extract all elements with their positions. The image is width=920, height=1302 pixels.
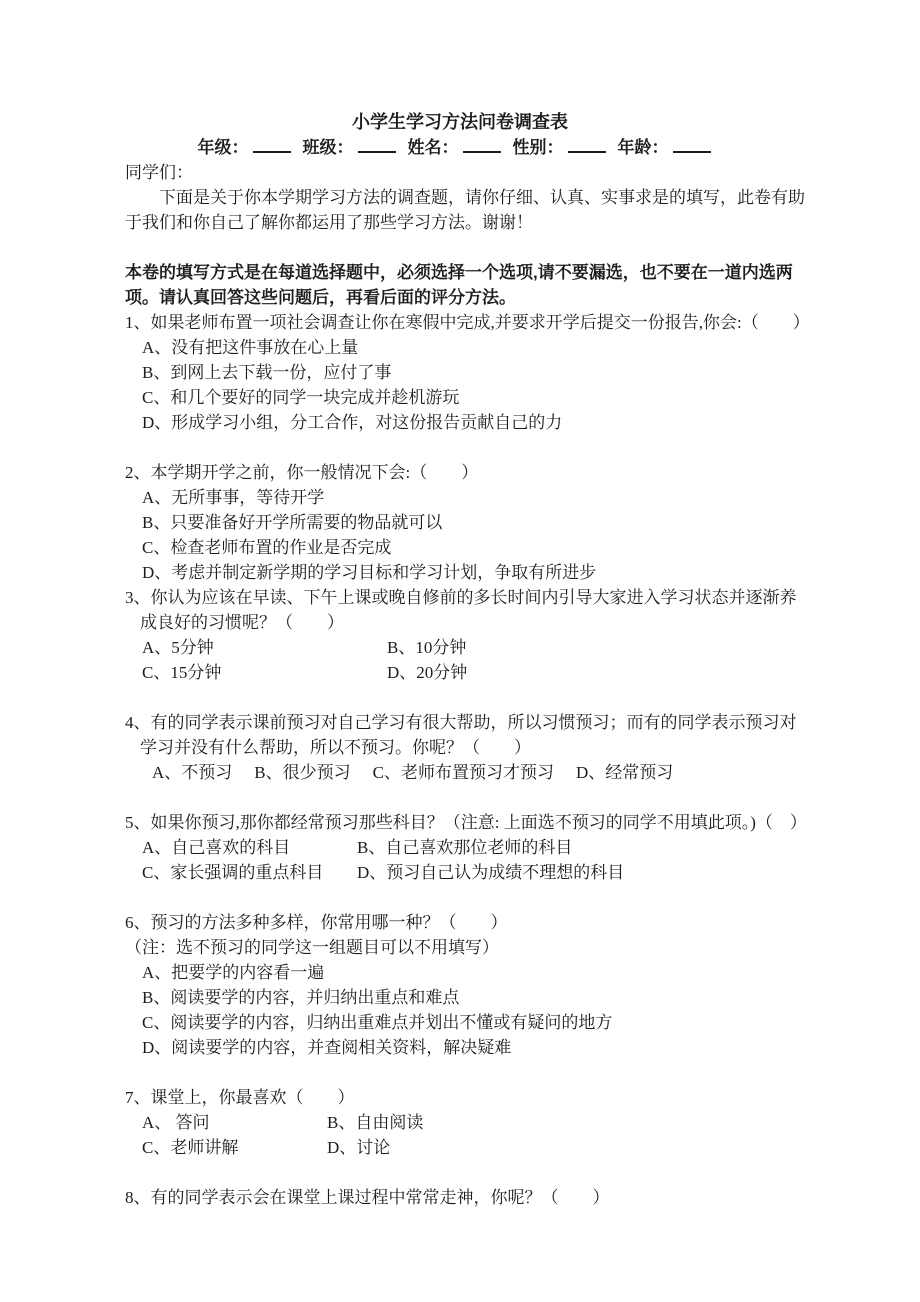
question-1-option-a: A、没有把这件事放在心上量: [142, 335, 878, 360]
question-6-text: 6、预习的方法多种多样，你常用哪一种？（ ）: [125, 910, 878, 935]
field-gender-blank: [568, 137, 606, 153]
question-2-option-d: D、考虑并制定新学期的学习目标和学习计划，争取有所进步: [142, 560, 878, 585]
question-2-text: 2、本学期开学之前，你一般情况下会:（ ）: [125, 460, 878, 485]
question-1-options: A、没有把这件事放在心上量 B、到网上去下载一份，应付了事 C、和几个要好的同学…: [125, 335, 878, 435]
question-6-option-d: D、阅读要学的内容，并查阅相关资料，解决疑难: [142, 1035, 878, 1060]
question-5-options: A、自己喜欢的科目 B、自己喜欢那位老师的科目 C、家长强调的重点科目 D、预习…: [125, 835, 878, 885]
question-3-option-b: B、10分钟: [387, 635, 878, 660]
question-5-option-d: D、预习自己认为成绩不理想的科目: [357, 860, 878, 885]
question-2-option-b: B、只要准备好开学所需要的物品就可以: [142, 510, 878, 535]
document-page: 小学生学习方法问卷调查表 年级：班级：姓名：性别：年龄： 同学们： 下面是关于你…: [0, 0, 920, 1302]
field-name: 姓名：: [408, 138, 507, 157]
field-name-label: 姓名：: [408, 138, 459, 157]
blank-line: [125, 885, 878, 910]
question-1-option-c: C、和几个要好的同学一块完成并趁机游玩: [142, 385, 878, 410]
question-5: 5、如果你预习,那你都经常预习那些科目？（注意: 上面选不预习的同学不用填此项。…: [125, 810, 878, 885]
intro-paragraph: 下面是关于你本学期学习方法的调查题，请你仔细、认真、实事求是的填写，此卷有助 于…: [125, 185, 878, 235]
field-age-blank: [673, 137, 711, 153]
field-grade: 年级：: [198, 138, 297, 157]
question-5-option-b: B、自己喜欢那位老师的科目: [357, 835, 878, 860]
question-7-option-c: C、老师讲解: [142, 1135, 327, 1160]
document-title: 小学生学习方法问卷调查表: [125, 110, 795, 135]
question-6-option-c: C、阅读要学的内容，归纳出重难点并划出不懂或有疑问的地方: [142, 1010, 878, 1035]
question-1-option-d: D、形成学习小组，分工合作，对这份报告贡献自己的力: [142, 410, 878, 435]
question-3-text: 3、你认为应该在早读、下午上课或晚自修前的多长时间内引导大家进入学习状态并逐渐养…: [125, 585, 878, 635]
question-7-options: A、 答问 B、自由阅读 C、老师讲解 D、讨论: [125, 1110, 878, 1160]
question-4-option-d: D、经常预习: [576, 760, 673, 785]
document-header: 小学生学习方法问卷调查表 年级：班级：姓名：性别：年龄：: [125, 110, 795, 160]
question-1-text: 1、如果老师布置一项社会调查让你在寒假中完成,并要求开学后提交一份报告,你会:（…: [125, 310, 878, 335]
question-2: 2、本学期开学之前，你一般情况下会:（ ） A、无所事事，等待开学 B、只要准备…: [125, 460, 878, 585]
field-age: 年龄：: [618, 138, 717, 157]
question-6-option-a: A、把要学的内容看一遍: [142, 960, 878, 985]
question-6: 6、预习的方法多种多样，你常用哪一种？（ ） （注：选不预习的同学这一组题目可以…: [125, 910, 878, 1060]
question-5-option-a: A、自己喜欢的科目: [142, 835, 357, 860]
question-5-option-c: C、家长强调的重点科目: [142, 860, 357, 885]
salutation: 同学们：: [125, 160, 878, 185]
field-gender: 性别：: [513, 138, 612, 157]
question-3: 3、你认为应该在早读、下午上课或晚自修前的多长时间内引导大家进入学习状态并逐渐养…: [125, 585, 878, 685]
field-class: 班级：: [303, 138, 402, 157]
question-8: 8、有的同学表示会在课堂上课过程中常常走神，你呢？（ ）: [125, 1185, 878, 1210]
field-age-label: 年龄：: [618, 138, 669, 157]
question-1: 1、如果老师布置一项社会调查让你在寒假中完成,并要求开学后提交一份报告,你会:（…: [125, 310, 878, 435]
field-name-blank: [463, 137, 501, 153]
instructions-paragraph: 本卷的填写方式是在每道选择题中，必须选择一个选项,请不要漏选，也不要在一道内选两…: [125, 260, 878, 310]
question-7-option-b: B、自由阅读: [327, 1110, 878, 1135]
question-6-note: （注：选不预习的同学这一组题目可以不用填写）: [125, 935, 878, 960]
field-grade-label: 年级：: [198, 138, 249, 157]
question-4-option-a: A、不预习: [152, 760, 232, 785]
question-2-option-c: C、检查老师布置的作业是否完成: [142, 535, 878, 560]
question-2-options: A、无所事事，等待开学 B、只要准备好开学所需要的物品就可以 C、检查老师布置的…: [125, 485, 878, 585]
blank-line: [125, 785, 878, 810]
question-3-option-a: A、5分钟: [142, 635, 387, 660]
question-7-option-d: D、讨论: [327, 1135, 878, 1160]
header-fields-line: 年级：班级：姓名：性别：年龄：: [125, 135, 795, 160]
question-3-options: A、5分钟 B、10分钟 C、15分钟 D、20分钟: [125, 635, 878, 685]
field-grade-blank: [253, 137, 291, 153]
field-class-blank: [358, 137, 396, 153]
blank-line: [125, 685, 878, 710]
question-7: 7、课堂上，你最喜欢（ ） A、 答问 B、自由阅读 C、老师讲解 D、讨论: [125, 1085, 878, 1160]
question-3-option-d: D、20分钟: [387, 660, 878, 685]
question-7-option-a: A、 答问: [142, 1110, 327, 1135]
question-4-text: 4、有的同学表示课前预习对自己学习有很大帮助，所以习惯预习；而有的同学表示预习对…: [125, 710, 878, 760]
blank-line: [125, 235, 878, 260]
question-4-options: A、不预习 B、很少预习 C、老师布置预习才预习 D、经常预习: [125, 760, 878, 785]
question-4-option-c: C、老师布置预习才预习: [373, 760, 554, 785]
question-8-text: 8、有的同学表示会在课堂上课过程中常常走神，你呢？（ ）: [125, 1185, 878, 1210]
question-6-option-b: B、阅读要学的内容，并归纳出重点和难点: [142, 985, 878, 1010]
blank-line: [125, 1160, 878, 1185]
field-gender-label: 性别：: [513, 138, 564, 157]
question-1-option-b: B、到网上去下载一份，应付了事: [142, 360, 878, 385]
blank-line: [125, 435, 878, 460]
question-4-option-b: B、很少预习: [254, 760, 350, 785]
question-2-option-a: A、无所事事，等待开学: [142, 485, 878, 510]
question-3-option-c: C、15分钟: [142, 660, 387, 685]
field-class-label: 班级：: [303, 138, 354, 157]
question-4: 4、有的同学表示课前预习对自己学习有很大帮助，所以习惯预习；而有的同学表示预习对…: [125, 710, 878, 785]
question-6-options: A、把要学的内容看一遍 B、阅读要学的内容，并归纳出重点和难点 C、阅读要学的内…: [125, 960, 878, 1060]
question-5-text: 5、如果你预习,那你都经常预习那些科目？（注意: 上面选不预习的同学不用填此项。…: [125, 810, 878, 835]
question-7-text: 7、课堂上，你最喜欢（ ）: [125, 1085, 878, 1110]
blank-line: [125, 1060, 878, 1085]
